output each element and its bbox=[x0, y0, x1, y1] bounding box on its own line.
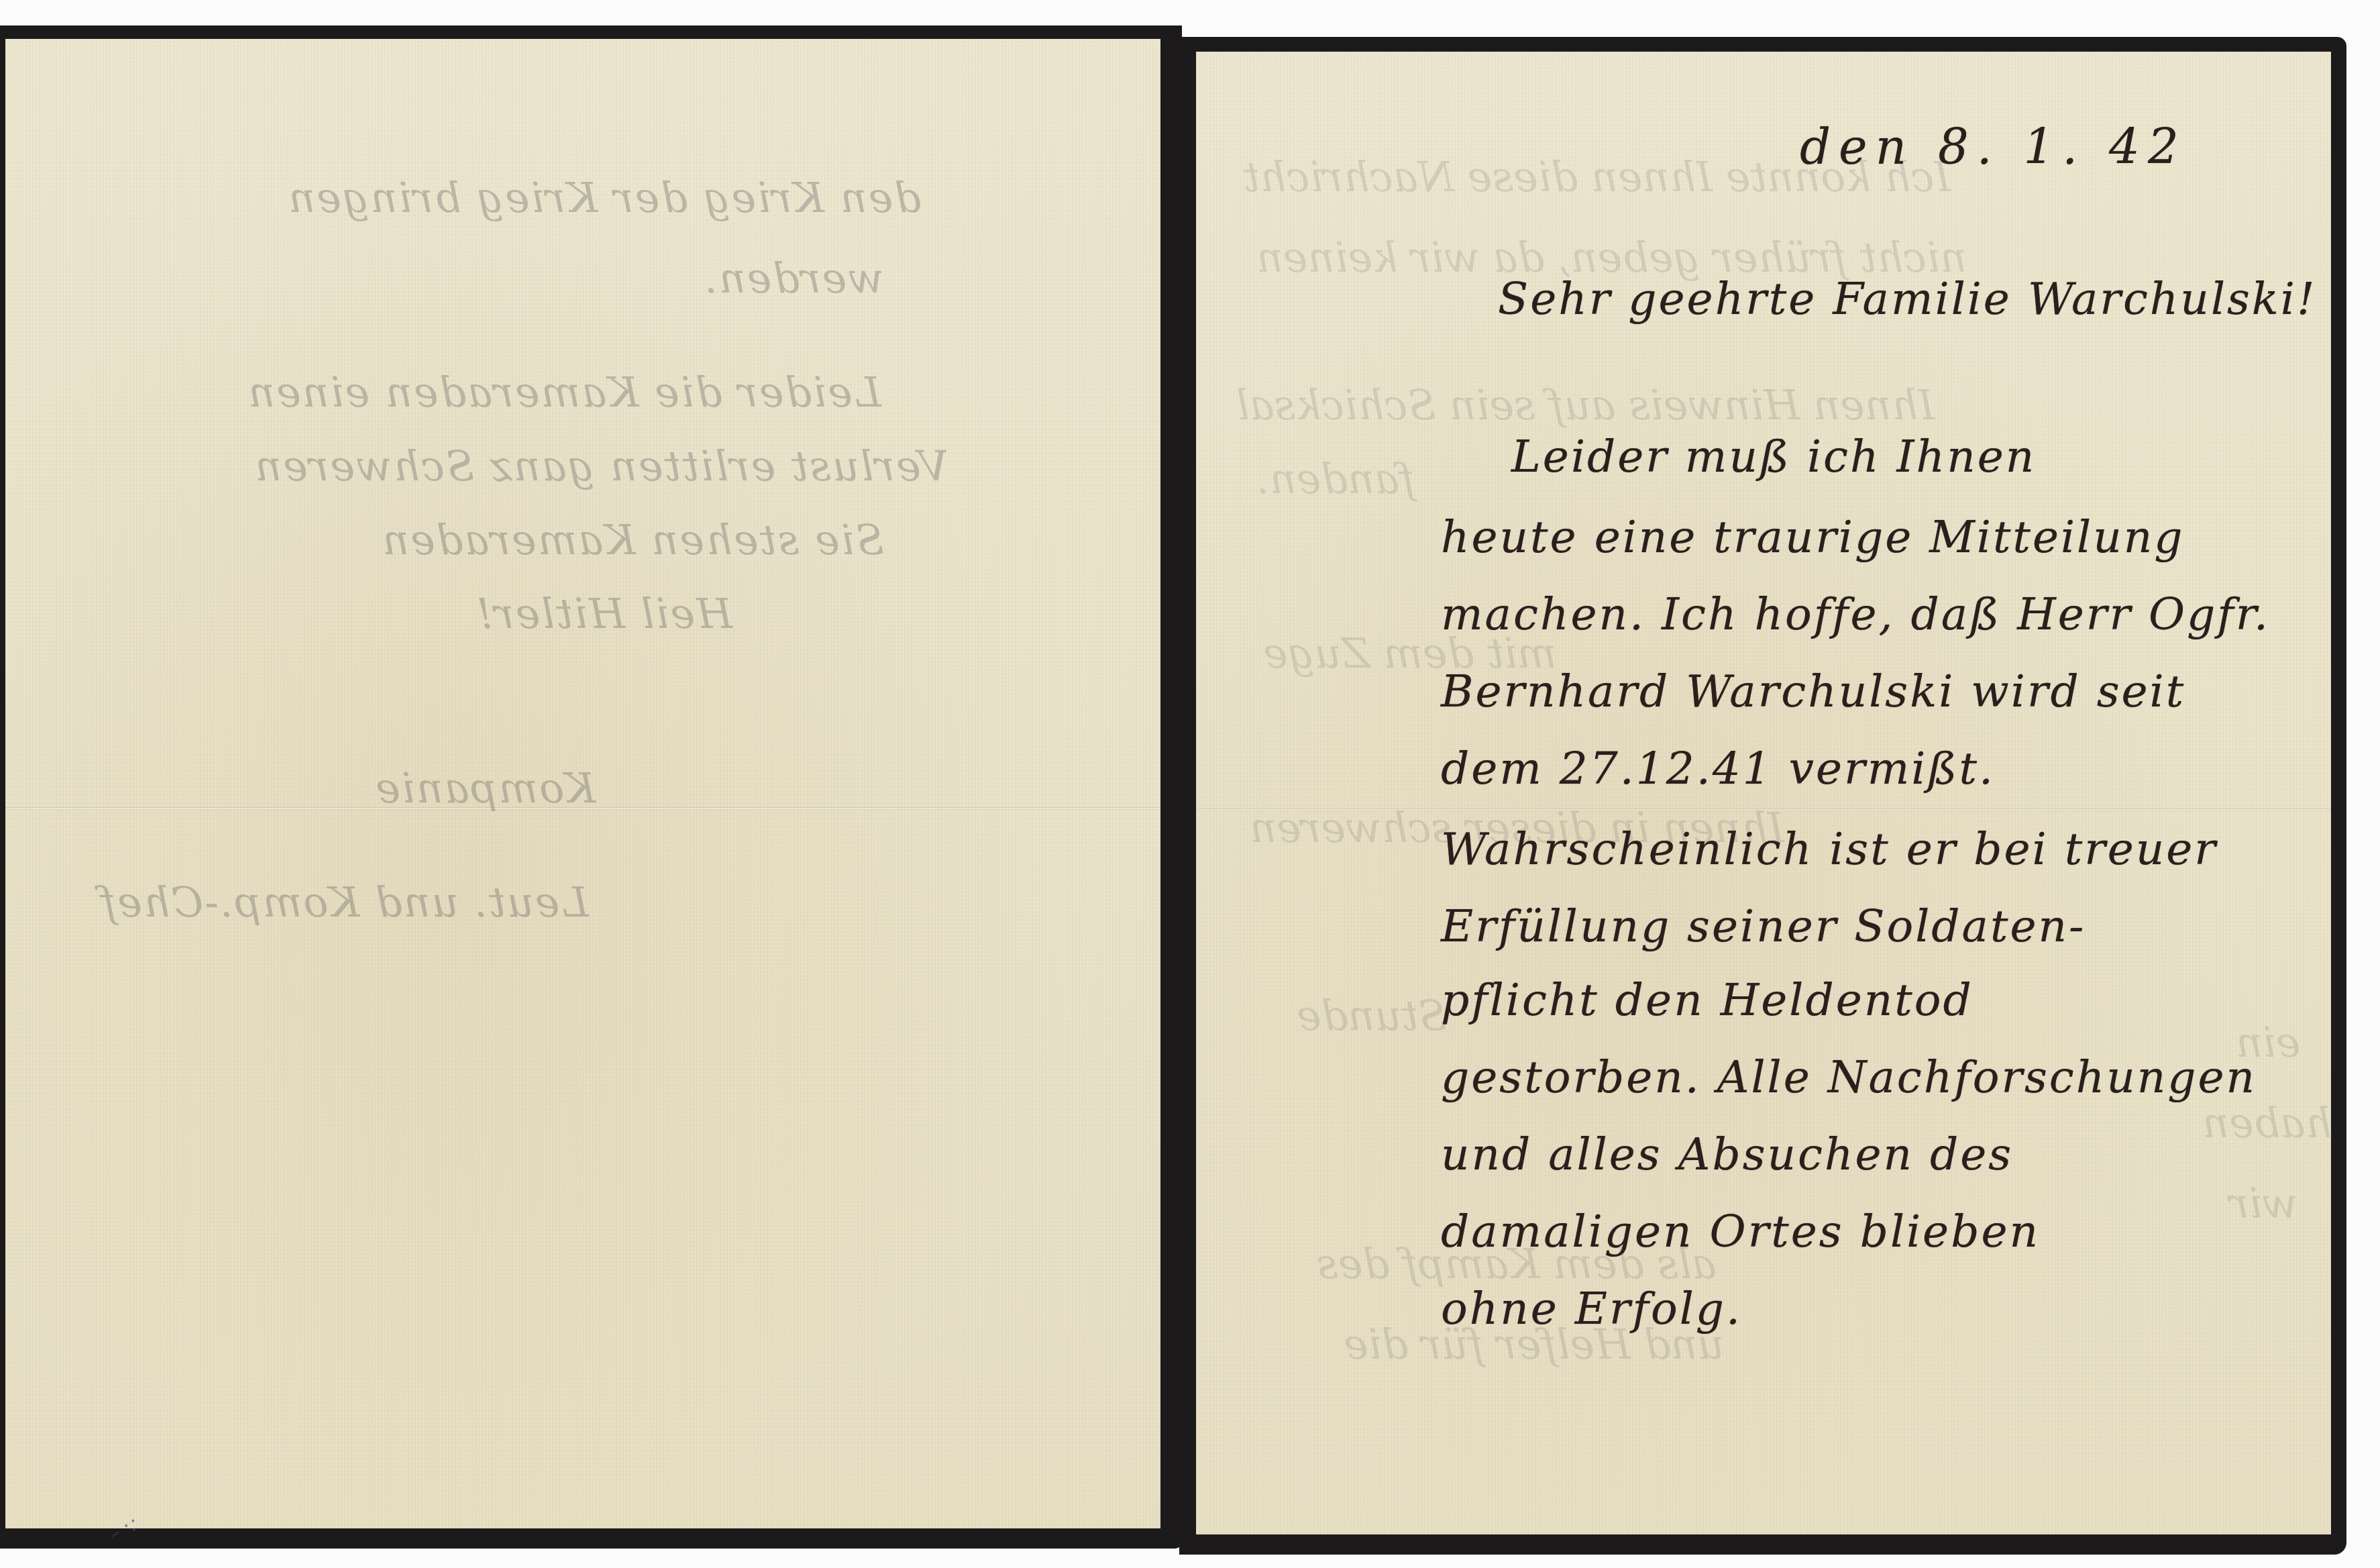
letter-line: ohne Erfolg. bbox=[1441, 1283, 1742, 1335]
letter-line: Wahrscheinlich ist er bei treuer bbox=[1441, 823, 2218, 875]
letter-date: den 8. 1. 42 bbox=[1800, 119, 2187, 175]
letter-line: Erfüllung seiner Soldaten- bbox=[1441, 900, 2086, 952]
show-through-line: Leider die Kameraden einen bbox=[247, 368, 881, 417]
letter-salutation: Sehr geehrte Familie Warchulski! bbox=[1498, 273, 2316, 325]
right-page-paper: Ich konnte Ihnen diese Nachricht nicht f… bbox=[1196, 52, 2331, 1534]
show-through-line: Sie stehen Kameraden bbox=[381, 515, 884, 564]
letter-line: Bernhard Warchulski wird seit bbox=[1441, 666, 2185, 717]
right-page-border: Ich konnte Ihnen diese Nachricht nicht f… bbox=[1179, 37, 2346, 1555]
show-through-line: Kompanie bbox=[374, 764, 596, 813]
letter-line: machen. Ich hoffe, daß Herr Ogfr. bbox=[1441, 588, 2270, 640]
letter-line: damaligen Ortes blieben bbox=[1441, 1206, 2040, 1257]
left-page-paper: den Krieg der Krieg bringen werden. Leid… bbox=[5, 39, 1160, 1528]
letter-line: und alles Absuchen des bbox=[1441, 1129, 2013, 1180]
show-through-line: Ihnen Hinweis auf sein Schicksal bbox=[1236, 380, 1935, 429]
show-through-line: haben bbox=[2202, 1098, 2332, 1147]
show-through-line: Verlust erlitten ganz Schweren bbox=[254, 441, 949, 490]
letter-line: gestorben. Alle Nachforschungen bbox=[1441, 1051, 2257, 1103]
letter-line: Leider muß ich Ihnen bbox=[1511, 431, 2036, 482]
show-through-line: Stunde bbox=[1297, 991, 1447, 1040]
left-page-border: den Krieg der Krieg bringen werden. Leid… bbox=[0, 25, 1182, 1549]
show-through-line: fanden. bbox=[1256, 454, 1415, 503]
show-through-line: wir bbox=[2229, 1179, 2298, 1228]
letter-line: dem 27.12.41 vermißt. bbox=[1441, 743, 1995, 794]
show-through-line: Leut. und Komp.-Chef bbox=[99, 878, 589, 927]
show-through-line: werden. bbox=[703, 254, 883, 303]
ink-smudge-mark: ⁻ ∵ bbox=[106, 1504, 159, 1551]
show-through-line: Heil Hitler! bbox=[475, 589, 733, 638]
letter-line: pflicht den Heldentod bbox=[1441, 974, 1973, 1026]
letter-line: heute eine traurige Mitteilung bbox=[1441, 511, 2185, 563]
show-through-line: den Krieg der Krieg bringen bbox=[287, 173, 921, 222]
